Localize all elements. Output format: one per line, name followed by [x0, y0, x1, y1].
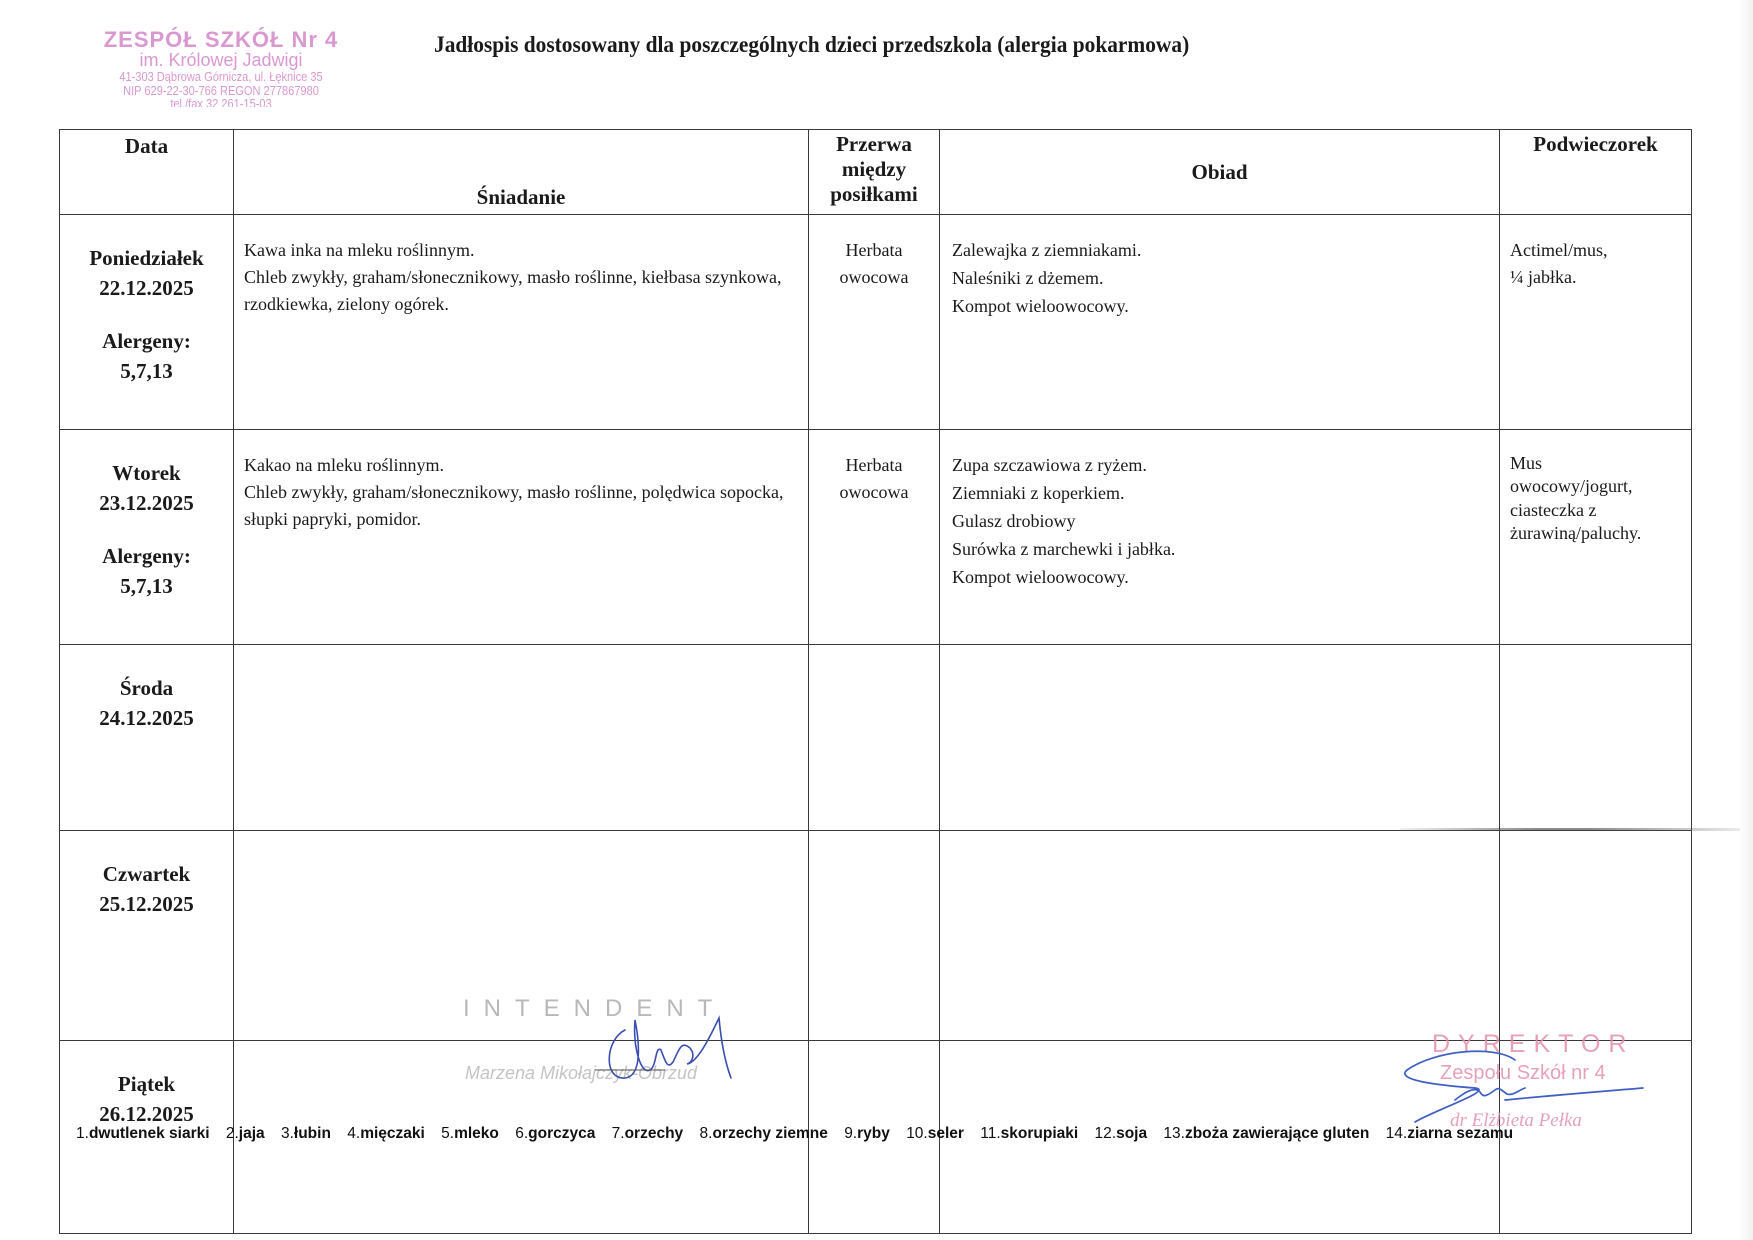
legend-name: orzechy — [625, 1125, 684, 1142]
table-row: Czwartek 25.12.2025 — [60, 831, 1692, 1041]
header-date: Data — [60, 130, 234, 215]
meal-line: Kompot wieloowocowy. — [952, 293, 1489, 321]
day-name: Czwartek — [60, 859, 233, 889]
legend-name: zboża zawierające gluten — [1185, 1125, 1369, 1142]
legend-name: jaja — [239, 1125, 265, 1142]
meal-line: Ziemniaki z koperkiem. — [952, 480, 1489, 508]
header-snack: Podwieczorek — [1500, 130, 1692, 215]
meal-line: Herbata — [813, 237, 935, 264]
day-cell: Czwartek 25.12.2025 — [60, 831, 234, 1041]
meal-line: Actimel/mus, — [1510, 237, 1681, 264]
meal-line: owocowy/jogurt, — [1510, 475, 1681, 498]
legend-num: 14. — [1386, 1125, 1408, 1142]
meal-line: owocowa — [813, 264, 935, 291]
meal-line: żurawiną/paluchy. — [1510, 522, 1681, 545]
table-row: Poniedziałek 22.12.2025 Alergeny: 5,7,13… — [60, 215, 1692, 430]
header-row: Data Śniadanie Przerwa między posiłkami … — [60, 130, 1692, 215]
day-date: 24.12.2025 — [60, 703, 233, 733]
legend-name: łubin — [294, 1125, 331, 1142]
legend-item: 8.orzechy ziemne — [700, 1125, 828, 1142]
legend-num: 11. — [980, 1125, 1000, 1142]
meal-line: Kakao na mleku roślinnym. — [244, 452, 798, 479]
table-row: Wtorek 23.12.2025 Alergeny: 5,7,13 Kakao… — [60, 430, 1692, 645]
meal-line: Gulasz drobiowy — [952, 508, 1489, 536]
school-stamp: ZESPÓŁ SZKÓŁ Nr 4 im. Królowej Jadwigi 4… — [96, 28, 346, 107]
lunch-cell — [940, 645, 1500, 831]
header-lunch: Obiad — [940, 130, 1500, 215]
legend-num: 3. — [281, 1125, 294, 1142]
legend-name: seler — [928, 1125, 964, 1142]
header-break: Przerwa między posiłkami — [809, 130, 940, 215]
day-date: 23.12.2025 — [60, 488, 233, 518]
meal-line: Chleb zwykły, graham/słonecznikowy, masł… — [244, 264, 798, 318]
allergens-value: 5,7,13 — [60, 571, 233, 601]
legend-item: 10.seler — [906, 1125, 964, 1142]
legend-item: 14.ziarna sezamu — [1386, 1125, 1514, 1142]
day-name: Wtorek — [60, 458, 233, 488]
page-edge — [1739, 0, 1753, 1240]
legend-item: 3.łubin — [281, 1125, 331, 1142]
legend-num: 4. — [347, 1125, 360, 1142]
legend-item: 1.dwutlenek siarki — [76, 1125, 210, 1142]
legend-item: 11.skorupiaki — [980, 1125, 1078, 1142]
snack-cell: Actimel/mus, ¼ jabłka. — [1500, 215, 1692, 430]
day-date: 22.12.2025 — [60, 273, 233, 303]
legend-num: 9. — [844, 1125, 857, 1142]
legend-name: mięczaki — [360, 1125, 425, 1142]
legend-num: 8. — [700, 1125, 713, 1142]
legend-item: 5.mleko — [441, 1125, 499, 1142]
legend-name: skorupiaki — [1001, 1125, 1079, 1142]
meal-line: ciasteczka z — [1510, 499, 1681, 522]
meal-line: Zupa szczawiowa z ryżem. — [952, 452, 1489, 480]
meal-line: Chleb zwykły, graham/słonecznikowy, masł… — [244, 479, 798, 533]
legend-item: 9.ryby — [844, 1125, 890, 1142]
break-cell — [809, 645, 940, 831]
allergen-legend: 1.dwutlenek siarki 2.jaja 3.łubin 4.mięc… — [76, 1125, 1525, 1143]
legend-name: mleko — [454, 1125, 499, 1142]
legend-name: dwutlenek siarki — [89, 1125, 210, 1142]
snack-cell — [1500, 645, 1692, 831]
meal-line: owocowa — [813, 479, 935, 506]
break-cell: Herbata owocowa — [809, 215, 940, 430]
meal-line: Surówka z marchewki i jabłka. — [952, 536, 1489, 564]
legend-name: soja — [1116, 1125, 1147, 1142]
stamp-line-1: ZESPÓŁ SZKÓŁ Nr 4 — [96, 28, 346, 51]
allergens-value: 5,7,13 — [60, 356, 233, 386]
lunch-cell — [940, 831, 1500, 1041]
legend-item: 2.jaja — [226, 1125, 265, 1142]
break-cell — [809, 831, 940, 1041]
day-cell: Środa 24.12.2025 — [60, 645, 234, 831]
legend-num: 7. — [612, 1125, 625, 1142]
legend-item: 6.gorczyca — [515, 1125, 595, 1142]
breakfast-cell: Kawa inka na mleku roślinnym. Chleb zwyk… — [234, 215, 809, 430]
legend-name: ziarna sezamu — [1407, 1125, 1513, 1142]
day-cell: Poniedziałek 22.12.2025 Alergeny: 5,7,13 — [60, 215, 234, 430]
allergens-label: Alergeny: — [60, 541, 233, 571]
meal-line: Kompot wieloowocowy. — [952, 564, 1489, 592]
legend-num: 5. — [441, 1125, 454, 1142]
lunch-cell: Zalewajka z ziemniakami. Naleśniki z dże… — [940, 215, 1500, 430]
header-breakfast: Śniadanie — [234, 130, 809, 215]
break-cell: Herbata owocowa — [809, 430, 940, 645]
stamp-line-4: NIP 629-22-30-766 REGON 277867980 — [115, 84, 328, 98]
legend-item: 7.orzechy — [612, 1125, 684, 1142]
meal-line: Mus — [1510, 452, 1681, 475]
meal-line: Herbata — [813, 452, 935, 479]
stamp-line-3: 41-303 Dąbrowa Górnicza, ul. Łęknice 35 — [115, 70, 328, 84]
legend-name: ryby — [857, 1125, 890, 1142]
meal-line: Zalewajka z ziemniakami. — [952, 237, 1489, 265]
meal-line: ¼ jabłka. — [1510, 264, 1681, 291]
snack-cell — [1500, 831, 1692, 1041]
legend-num: 12. — [1095, 1125, 1117, 1142]
breakfast-cell: Kakao na mleku roślinnym. Chleb zwykły, … — [234, 430, 809, 645]
director-signature-icon — [1395, 1040, 1645, 1130]
header-break-line: Przerwa — [809, 132, 939, 157]
allergens-label: Alergeny: — [60, 326, 233, 356]
legend-name: gorczyca — [528, 1125, 595, 1142]
table-row: Środa 24.12.2025 — [60, 645, 1692, 831]
day-cell: Wtorek 23.12.2025 Alergeny: 5,7,13 — [60, 430, 234, 645]
breakfast-cell — [234, 645, 809, 831]
header-break-line: posiłkami — [809, 182, 939, 207]
scan-artifact-line — [1400, 828, 1740, 831]
meal-line: Kawa inka na mleku roślinnym. — [244, 237, 798, 264]
legend-item: 13.zboża zawierające gluten — [1163, 1125, 1369, 1142]
legend-item: 4.mięczaki — [347, 1125, 425, 1142]
day-name: Piątek — [60, 1069, 233, 1099]
legend-num: 6. — [515, 1125, 528, 1142]
legend-item: 12.soja — [1095, 1125, 1148, 1142]
lunch-cell: Zupa szczawiowa z ryżem. Ziemniaki z kop… — [940, 430, 1500, 645]
header-break-line: między — [809, 157, 939, 182]
legend-name: orzechy ziemne — [712, 1125, 827, 1142]
legend-num: 13. — [1163, 1125, 1185, 1142]
day-name: Poniedziałek — [60, 243, 233, 273]
day-date: 25.12.2025 — [60, 889, 233, 919]
intendent-signature-icon — [595, 1000, 735, 1090]
stamp-line-2: im. Królowej Jadwigi — [96, 51, 346, 70]
document-title: Jadłospis dostosowany dla poszczególnych… — [434, 32, 1189, 58]
day-name: Środa — [60, 673, 233, 703]
stamp-line-5: tel./fax 32 261-15-03 — [115, 97, 328, 107]
meal-line: Naleśniki z dżemem. — [952, 265, 1489, 293]
legend-num: 1. — [76, 1125, 89, 1142]
snack-cell: Mus owocowy/jogurt, ciasteczka z żurawin… — [1500, 430, 1692, 645]
legend-num: 10. — [906, 1125, 928, 1142]
legend-num: 2. — [226, 1125, 239, 1142]
